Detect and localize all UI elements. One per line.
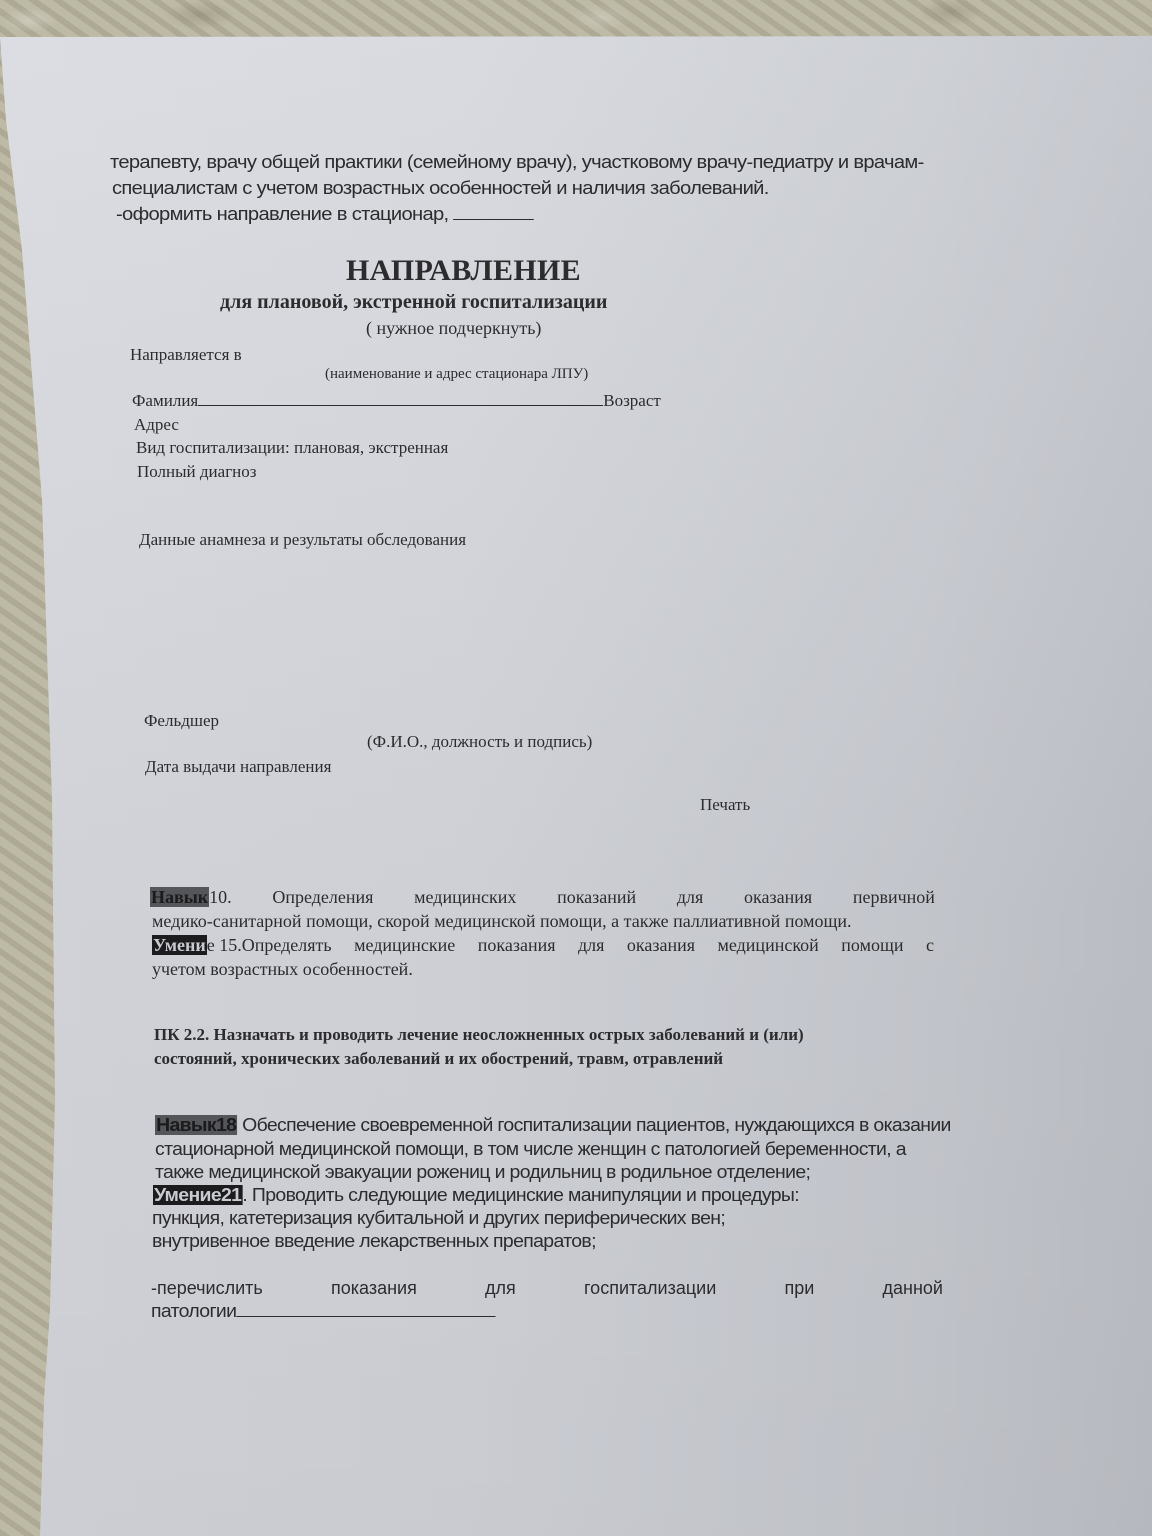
ability-21-tag-highlight: Умение21	[153, 1185, 242, 1205]
competency-line-2: состояний, хронических заболеваний и их …	[154, 1049, 723, 1069]
task-2-line-1: -перечислить показания для госпитализаци…	[151, 1278, 943, 1299]
intro-line-2: специалистам с учетом возрастных особенн…	[112, 178, 769, 199]
surname-row: ФамилияВозраст	[132, 391, 661, 411]
task-2-blank[interactable]	[236, 1316, 495, 1317]
issue-date-label: Дата выдачи направления	[145, 757, 331, 777]
paramedic-label: Фельдшер	[144, 711, 219, 731]
skill-10-line-2: медико-санитарной помощи, скорой медицин…	[152, 911, 852, 932]
anamnesis-label: Данные анамнеза и результаты обследовани…	[139, 530, 466, 550]
skill-tag-highlight: Навык	[150, 887, 209, 907]
ability-15-first: Умение 15.Определять	[152, 935, 332, 956]
intro-task-text: -оформить направление в стационар,	[116, 204, 448, 224]
ability-15-line-1: Умение 15.Определять медицинские показан…	[152, 935, 934, 956]
sent-to-hint: (наименование и адрес стационара ЛПУ)	[325, 366, 588, 383]
surname-field[interactable]	[198, 405, 603, 406]
ability-tag-highlight: Умени	[152, 935, 207, 955]
skill-10-first: Навык10.	[150, 887, 232, 908]
intro-task-blank[interactable]	[453, 219, 534, 220]
sent-to-label: Направляется в	[130, 345, 242, 365]
skill-18-line-2: стационарной медицинской помощи, в том ч…	[155, 1139, 906, 1160]
ability-21-line-2: пункция, катетеризация кубитальной и дру…	[152, 1208, 725, 1229]
ability-15-line-2: учетом возрастных особенностей.	[152, 959, 413, 980]
competency-line-1: ПК 2.2. Назначать и проводить лечение не…	[154, 1025, 804, 1045]
ability-21-line-1: Умение21. Проводить следующие медицински…	[153, 1185, 799, 1206]
address-label: Адрес	[134, 415, 179, 435]
surname-label: Фамилия	[132, 391, 198, 410]
skill-18-tag-highlight: Навык18	[155, 1115, 237, 1135]
stamp-label: Печать	[700, 795, 750, 815]
underline-hint: ( нужное подчеркнуть)	[366, 318, 541, 339]
form-subtitle: для плановой, экстренной госпитализации	[220, 291, 607, 314]
hospitalization-type: Вид госпитализации: плановая, экстренная	[136, 438, 448, 458]
task-2-line-2: патологии	[151, 1301, 496, 1322]
signature-hint: (Ф.И.О., должность и подпись)	[367, 732, 592, 752]
intro-task: -оформить направление в стационар,	[116, 204, 534, 225]
diagnosis-label: Полный диагноз	[137, 462, 256, 482]
age-label: Возраст	[603, 391, 661, 410]
form-title: НАПРАВЛЕНИЕ	[346, 254, 581, 288]
ability-21-line-3: внутривенное введение лекарственных преп…	[152, 1231, 596, 1252]
skill-10-line-1: Навык10. Определения медицинских показан…	[150, 887, 935, 908]
intro-line-1: терапевту, врачу общей практики (семейно…	[110, 152, 924, 173]
skill-18-line-3: также медицинской эвакуации рожениц и ро…	[155, 1162, 810, 1183]
skill-18-line-1: Навык18 Обеспечение своевременной госпит…	[155, 1115, 951, 1136]
